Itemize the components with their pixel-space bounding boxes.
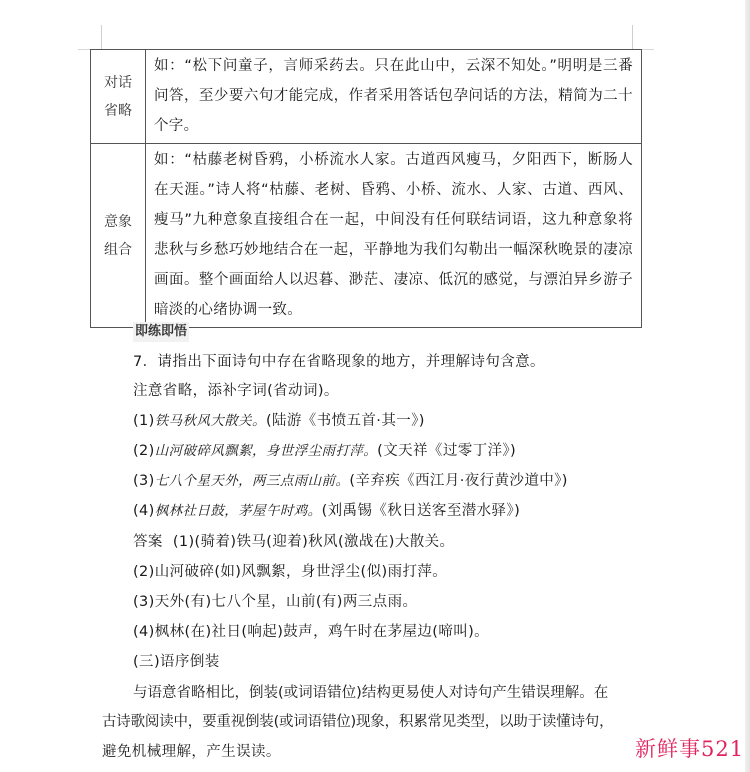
poem-line: 枫林社日鼓，茅屋午时鸡。 xyxy=(155,503,322,519)
item-number: (4) xyxy=(133,503,155,519)
row-content: 如：“枯藤老树昏鸦，小桥流水人家。古道西风瘦马，夕阳西下，断肠人在天涯。”诗人将… xyxy=(146,144,642,328)
watermark: 新鲜事521 xyxy=(635,733,744,763)
poem-source: (刘禹锡《秋日送客至潜水驿》) xyxy=(322,503,521,519)
crop-mark xyxy=(642,49,654,50)
paragraph-line: 避免机械理解，产生误读。 xyxy=(102,742,281,762)
answer-line: (2)山河破碎(如)风飘絮，身世浮尘(似)雨打萍。 xyxy=(133,562,447,582)
label-line: 意象 xyxy=(92,208,144,236)
section-heading: (三)语序倒装 xyxy=(133,652,220,672)
row-label: 对话 省略 xyxy=(91,50,146,144)
item-number: (2) xyxy=(133,443,155,459)
row-content: 如：“松下问童子，言师采药去。只在此山中，云深不知处。”明明是三番问答，至少要六… xyxy=(146,50,642,144)
table-row: 意象 组合 如：“枯藤老树昏鸦，小桥流水人家。古道西风瘦马，夕阳西下，断肠人在天… xyxy=(91,144,642,328)
poem-item: (1)铁马秋风大散关。(陆游《书愤五首·其一》) xyxy=(133,411,425,431)
poem-line: 山河破碎风飘絮，身世浮尘雨打萍。 xyxy=(155,443,377,459)
poem-source: (辛弃疾《西江月·夜行黄沙道中》) xyxy=(349,473,567,489)
answer-line: (3)天外(有)七八个星，山前(有)两三点雨。 xyxy=(133,592,417,612)
label-line: 省略 xyxy=(92,97,144,125)
crop-mark xyxy=(78,49,90,50)
item-number: (1) xyxy=(133,413,155,429)
poem-source: (陆游《书愤五首·其一》) xyxy=(266,413,425,429)
poem-item: (4)枫林社日鼓，茅屋午时鸡。(刘禹锡《秋日送客至潜水驿》) xyxy=(133,501,520,521)
poem-line: 铁马秋风大散关。 xyxy=(155,413,266,429)
answer-line: 答案(1)(骑着)铁马(迎着)秋风(激战在)大散关。 xyxy=(133,532,454,552)
answer-label: 答案 xyxy=(133,534,163,550)
crop-mark xyxy=(101,25,102,49)
paragraph-line: 与语意省略相比，倒装(或词语错位)结构更易使人对诗句产生错误理解。在 xyxy=(133,683,608,703)
question-text: 7．请指出下面诗句中存在省略现象的地方，并理解诗句含意。 xyxy=(133,352,545,372)
hint-text: 注意省略，添补字词(省动词)。 xyxy=(133,381,339,401)
practice-label: 即练即悟 xyxy=(133,322,189,342)
crop-mark xyxy=(632,25,633,49)
label-line: 对话 xyxy=(92,69,144,97)
item-number: (3) xyxy=(133,473,155,489)
poem-source: (文天祥《过零丁洋》) xyxy=(377,443,516,459)
technique-table: 对话 省略 如：“松下问童子，言师采药去。只在此山中，云深不知处。”明明是三番问… xyxy=(90,49,642,328)
poem-item: (2)山河破碎风飘絮，身世浮尘雨打萍。(文天祥《过零丁洋》) xyxy=(133,441,516,461)
row-label: 意象 组合 xyxy=(91,144,146,328)
poem-line: 七八个星天外，两三点雨山前。 xyxy=(155,473,350,489)
paragraph-line: 古诗歌阅读中，要重视倒装(或词语错位)现象，积累常见类型，以助于读懂诗句， xyxy=(102,712,613,732)
table-row: 对话 省略 如：“松下问童子，言师采药去。只在此山中，云深不知处。”明明是三番问… xyxy=(91,50,642,144)
poem-item: (3)七八个星天外，两三点雨山前。(辛弃疾《西江月·夜行黄沙道中》) xyxy=(133,471,568,491)
page-edge xyxy=(745,0,750,772)
answer-text: (1)(骑着)铁马(迎着)秋风(激战在)大散关。 xyxy=(173,534,455,550)
answer-line: (4)枫林(在)社日(响起)鼓声，鸡午时在茅屋边(啼叫)。 xyxy=(133,622,489,642)
label-line: 组合 xyxy=(92,236,144,264)
